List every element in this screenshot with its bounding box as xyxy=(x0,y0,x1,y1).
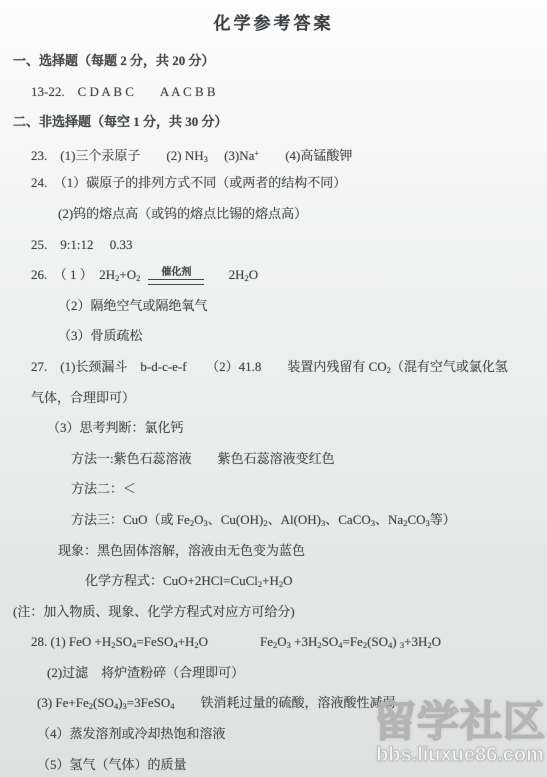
q26-answer-1: 26. （ 1 ） 2H2+O2催化剂 2H2O xyxy=(0,260,547,291)
answers-13-22: 13-22. C D A B C A A C B B xyxy=(0,77,547,108)
q27-method-3: 方法三：CuO（或 Fe2O3、Cu(OH)2、Al(OH)3、CaCO3、Na… xyxy=(0,505,547,536)
q26-answer-3: （3）骨质疏松 xyxy=(0,321,547,352)
q27-answer-1-2: 27. (1)长颈漏斗 b-d-c-e-f （2）41.8 装置内残留有 CO2… xyxy=(0,352,547,383)
q27-phenomenon: 现象：黑色固体溶解，溶液由无色变为蓝色 xyxy=(0,536,547,567)
grading-note: (注：加入物质、现象、化学方程式对应方可给分) xyxy=(0,597,547,628)
watermark-site-name: 留学社区 xyxy=(374,699,546,745)
q27-answer-continuation: 气体，合理即可） xyxy=(0,383,547,414)
q24-answer-2: (2)钨的熔点高（或钨的熔点比锡的熔点高） xyxy=(0,199,547,230)
q27-equation: 化学方程式：CuO+2HCl=CuCl2+H2O xyxy=(0,566,547,597)
q24-answer-1: 24. （1）碳原子的排列方式不同（或两者的结构不同） xyxy=(0,168,547,199)
watermark-site-url: bbs.liuxue86.com xyxy=(374,745,546,765)
q28-answer-2: (2)过滤 将炉渣粉碎（合理即可） xyxy=(0,658,547,689)
answer-lines: 一、选择题（每题 2 分，共 20 分）13-22. C D A B C A A… xyxy=(0,46,547,777)
q25-answer: 25. 9:1:12 0.33 xyxy=(0,230,547,261)
double-equals-line xyxy=(148,279,204,285)
reaction-condition-over-equals: 催化剂 xyxy=(148,267,204,285)
q27-method-1: 方法一:紫色石蕊溶液 紫色石蕊溶液变红色 xyxy=(0,444,547,475)
q26-answer-2: （2）隔绝空气或隔绝氧气 xyxy=(0,291,547,322)
section-non-choice-header: 二、非选择题（每空 1 分，共 30 分） xyxy=(0,107,547,138)
q27-method-2: 方法二：＜ xyxy=(0,474,547,505)
q23-answer: 23. (1)三个汞原子 (2) NH3 (3)Na+ (4)高锰酸钾 xyxy=(0,138,547,169)
section-choice-header: 一、选择题（每题 2 分，共 20 分） xyxy=(0,46,547,77)
q27-answer-3: （3）思考判断：氯化钙 xyxy=(0,413,547,444)
q28-answer-1: 28. (1) FeO +H2SO4=FeSO4+H2O Fe2O3 +3H2S… xyxy=(0,627,547,658)
watermark: 留学社区 bbs.liuxue86.com xyxy=(374,699,546,765)
scanned-answer-sheet: 化学参考答案 一、选择题（每题 2 分，共 20 分）13-22. C D A … xyxy=(0,0,547,777)
page-title: 化学参考答案 xyxy=(0,9,547,34)
